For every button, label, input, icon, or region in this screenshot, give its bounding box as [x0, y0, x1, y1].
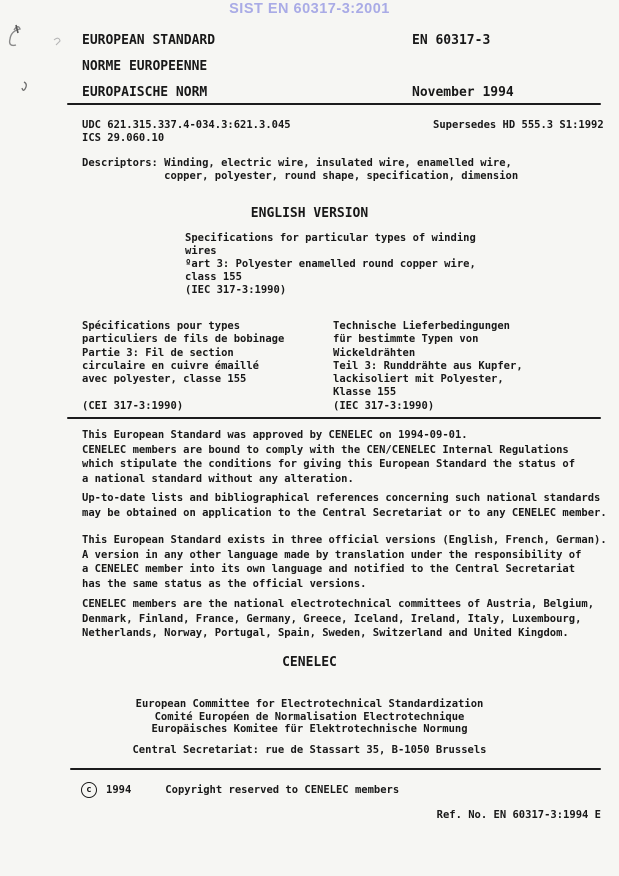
- header-title-en: EUROPEAN STANDARD: [82, 34, 215, 47]
- supersedes-note: Supersedes HD 555.3 S1:1992: [433, 119, 604, 132]
- secretariat-address: Central Secretariat: rue de Stassart 35,…: [0, 743, 619, 758]
- ref-number: Ref. No. EN 60317-3:1994 E: [0, 808, 601, 823]
- french-title: Spécifications pour types particuliers d…: [82, 320, 284, 413]
- doc-date: November 1994: [412, 86, 514, 99]
- descriptors: Descriptors: Winding, electric wire, ins…: [82, 157, 518, 183]
- cenelec-name: CENELEC: [0, 656, 619, 669]
- copyright-icon: c: [81, 782, 97, 798]
- rule-middle: [67, 417, 601, 419]
- pencil-marks: [2, 22, 72, 102]
- header-title-fr: NORME EUROPEENNE: [82, 60, 207, 73]
- members-paragraph: CENELEC members are the national electro…: [82, 597, 594, 641]
- committee-names: European Committee for Electrotechnical …: [0, 698, 619, 736]
- rule-bottom: [70, 768, 601, 770]
- lists-paragraph: Up-to-date lists and bibliographical ref…: [82, 491, 607, 520]
- doc-number: EN 60317-3: [412, 34, 490, 47]
- english-version-heading: ENGLISH VERSION: [0, 207, 619, 220]
- rule-top: [67, 103, 601, 105]
- copyright-text: Copyright reserved to CENELEC members: [165, 784, 399, 796]
- header-title-de: EUROPAISCHE NORM: [82, 86, 207, 99]
- approval-paragraph: This European Standard was approved by C…: [82, 428, 575, 486]
- ics-code: ICS 29.060.10: [82, 132, 164, 145]
- watermark-text: SIST EN 60317-3:2001: [0, 1, 619, 17]
- copyright-line: c 1994 Copyright reserved to CENELEC mem…: [81, 782, 399, 798]
- document-page: SIST EN 60317-3:2001 EUROPEAN STANDARD N…: [0, 0, 619, 876]
- english-title: Specifications for particular types of w…: [185, 232, 476, 297]
- versions-paragraph: This European Standard exists in three o…: [82, 533, 607, 591]
- udc-code: UDC 621.315.337.4-034.3:621.3.045: [82, 119, 291, 132]
- german-title: Technische Lieferbedingungen für bestimm…: [333, 320, 523, 413]
- copyright-year: 1994: [106, 784, 131, 796]
